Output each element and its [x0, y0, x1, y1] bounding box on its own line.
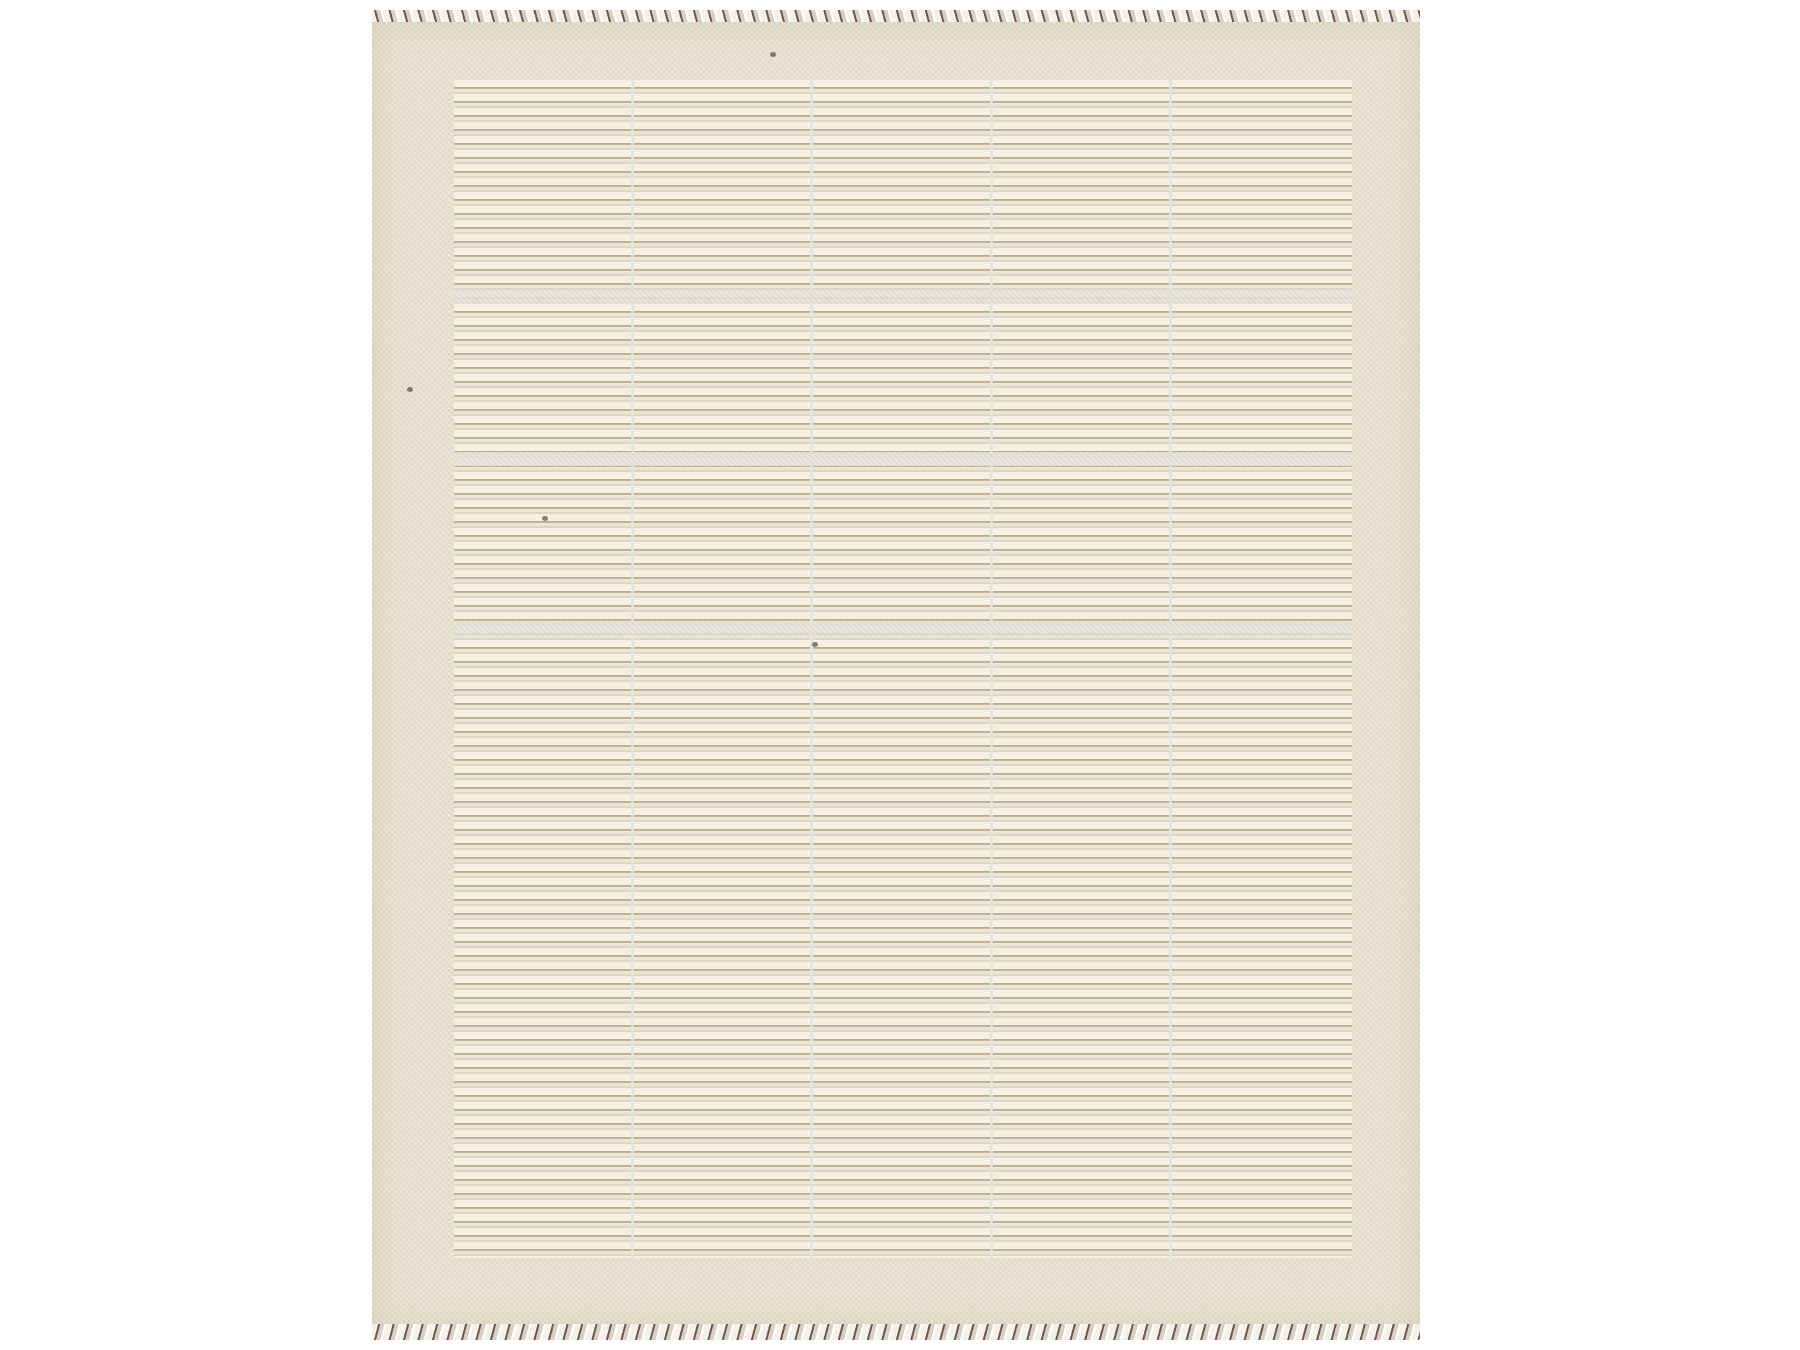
field-column: [813, 80, 993, 1258]
rug: [372, 10, 1420, 1340]
rug-field: [454, 80, 1352, 1258]
product-photo: [0, 0, 1800, 1350]
fiber-speck: [770, 52, 776, 57]
fiber-speck: [407, 387, 413, 392]
band-divider: [454, 622, 1352, 636]
field-column: [634, 80, 814, 1258]
field-column: [993, 80, 1173, 1258]
fiber-speck: [542, 516, 548, 521]
band-divider: [454, 452, 1352, 466]
field-column: [454, 80, 634, 1258]
bottom-fringe: [372, 1324, 1420, 1340]
band-divider: [454, 290, 1352, 304]
field-column: [1172, 80, 1352, 1258]
fiber-speck: [812, 642, 818, 647]
rug-border: [372, 22, 1420, 1328]
